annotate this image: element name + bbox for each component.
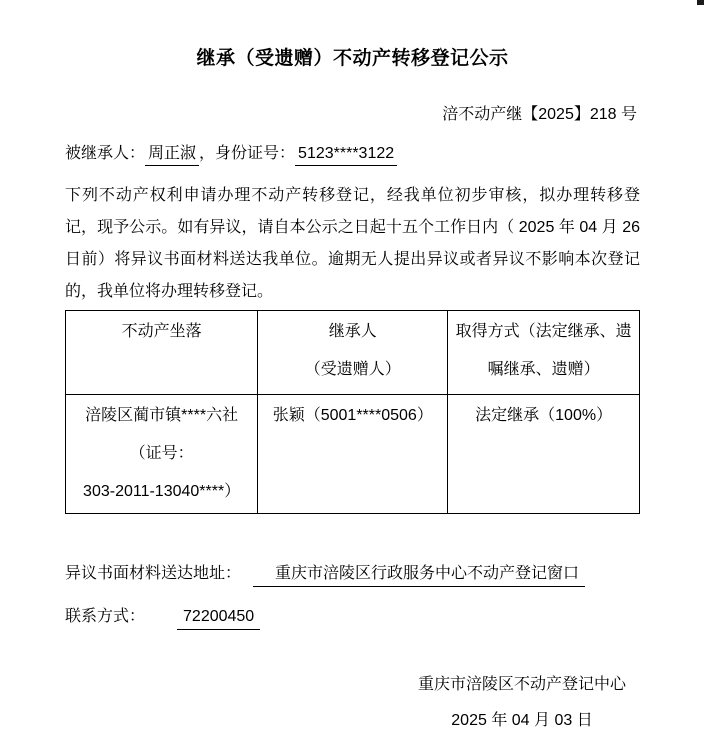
header-property-location: 不动产坐落 (66, 311, 258, 395)
notice-page: 继承（受遗赠）不动产转移登记公示 涪不动产继【2025】218 号 被继承人：周… (0, 0, 704, 745)
cell-property-location: 涪陵区蔺市镇****六社 （证号： 303-2011-13040****） (66, 395, 258, 514)
issuer-name: 重庆市涪陵区不动产登记中心 (418, 674, 626, 696)
property-table: 不动产坐落 继承人 （受遗赠人） 取得方式（法定继承、遗 嘱继承、遗赠） 涪陵区… (65, 310, 640, 514)
decedent-id-number: 5123****3122 (295, 144, 397, 166)
decedent-line: 被继承人：周正淑，身份证号：5123****3122 (65, 142, 640, 166)
page-title: 继承（受遗赠）不动产转移登记公示 (65, 0, 640, 72)
doc-number: 涪不动产继【2025】218 号 (65, 104, 637, 126)
header-acquisition-method: 取得方式（法定继承、遗 嘱继承、遗赠） (448, 311, 640, 395)
decedent-name: 周正淑 (145, 144, 199, 166)
footer-block: 重庆市涪陵区不动产登记中心 2025 年 04 月 03 日 (418, 674, 626, 732)
objection-address-line: 异议书面材料送达地址：重庆市涪陵区行政服务中心不动产登记窗口 (65, 562, 640, 587)
cell-heir: 张颖（5001****0506） (258, 395, 448, 514)
table-row: 涪陵区蔺市镇****六社 （证号： 303-2011-13040****） 张颖… (66, 395, 640, 514)
contact-line: 联系方式：72200450 (65, 605, 640, 630)
decedent-label: 被继承人： (65, 145, 145, 162)
page-corner-artifact (697, 0, 704, 5)
decedent-id-label: ，身份证号： (199, 145, 295, 162)
cell-acquisition-method: 法定继承（100%） (448, 395, 640, 514)
issue-date: 2025 年 04 月 03 日 (418, 710, 626, 732)
header-heir: 继承人 （受遗赠人） (258, 311, 448, 395)
objection-address-label: 异议书面材料送达地址： (65, 565, 241, 582)
table-header-row: 不动产坐落 继承人 （受遗赠人） 取得方式（法定继承、遗 嘱继承、遗赠） (66, 311, 640, 395)
notice-body-paragraph: 下列不动产权利申请办理不动产转移登记，经我单位初步审核，拟办理转移登记，现予公示… (65, 180, 640, 308)
objection-address-value: 重庆市涪陵区行政服务中心不动产登记窗口 (253, 564, 585, 587)
contact-label: 联系方式： (65, 608, 145, 625)
contact-number: 72200450 (177, 607, 260, 630)
